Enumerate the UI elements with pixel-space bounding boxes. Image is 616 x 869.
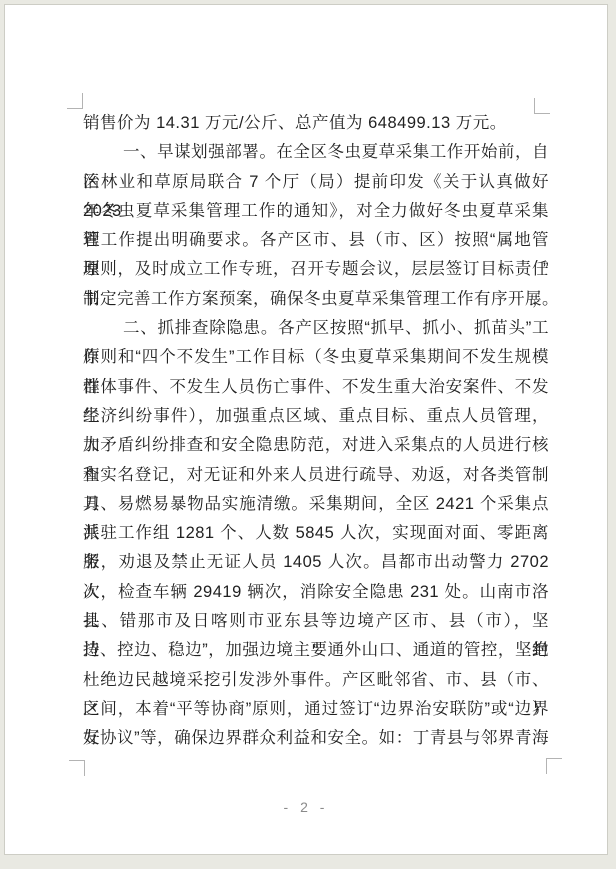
text-line: 年冬虫夏草采集管理工作的通知》，对全力做好冬虫夏草采集管 bbox=[83, 197, 549, 226]
document-page: 销售价为 14.31 万元/公斤、总产值为 648499.13 万元。一、早谋划… bbox=[4, 4, 608, 855]
text-line: 大矛盾纠纷排查和安全隐患防范，对进入采集点的人员进行核查 bbox=[83, 431, 549, 460]
text-line: 区林业和草原局联合 7 个厅（局）提前印发《关于认真做好 2023 bbox=[83, 168, 549, 197]
document-viewer-background: 销售价为 14.31 万元/公斤、总产值为 648499.13 万元。一、早谋划… bbox=[0, 0, 616, 869]
text-line: 之间，本着“平等协商”原则，通过签订“边界治安联防”或“边界友 bbox=[83, 695, 549, 724]
text-boundary-mark-bottom-right bbox=[546, 758, 562, 774]
text-line: 边、控边、稳边”，加强边境主要通外山口、通道的管控，坚绝 bbox=[83, 636, 549, 665]
text-line: 次，检查车辆 29419 辆次，消除安全隐患 231 处。山南市洛扎 bbox=[83, 578, 549, 607]
text-line: 具、易燃易暴物品实施清缴。采集期间，全区 2421 个采集点共 bbox=[83, 490, 549, 519]
text-line: 县、错那市及日喀则市亚东县等边境产区市、县（市），坚持“封 bbox=[83, 607, 549, 636]
text-line: 和实名登记，对无证和外来人员进行疏导、劝返，对各类管制刀 bbox=[83, 461, 549, 490]
text-line: 杜绝边民越境采挖引发涉外事件。产区毗邻省、市、县（市、区） bbox=[83, 666, 549, 695]
text-boundary-mark-top-left bbox=[67, 93, 83, 109]
page-number: - 2 - bbox=[5, 799, 607, 815]
text-line: 二、抓排查除隐患。各产区按照“抓早、抓小、抓苗头”工作 bbox=[83, 314, 549, 343]
text-line: 销售价为 14.31 万元/公斤、总产值为 648499.13 万元。 bbox=[83, 109, 549, 138]
text-line: 理工作提出明确要求。各产区市、县（市、区）按照“属地管理” bbox=[83, 226, 549, 255]
text-line: 好协议”等，确保边界群众利益和安全。如：丁青县与邻界青海 bbox=[83, 724, 549, 753]
text-line: 原则和“四个不发生”工作目标（冬虫夏草采集期间不发生规模性 bbox=[83, 343, 549, 372]
text-line: 派驻工作组 1281 个、人数 5845 人次，实现面对面、零距离服 bbox=[83, 519, 549, 548]
text-line: 一、早谋划强部署。在全区冬虫夏草采集工作开始前，自治 bbox=[83, 138, 549, 167]
text-line: 制定完善工作方案预案，确保冬虫夏草采集管理工作有序开展。 bbox=[83, 285, 549, 314]
text-line: 原则，及时成立工作专班，召开专题会议，层层签订目标责任书， bbox=[83, 255, 549, 284]
document-body-text: 销售价为 14.31 万元/公斤、总产值为 648499.13 万元。一、早谋划… bbox=[83, 109, 549, 754]
text-line: 群体事件、不发生人员伤亡事件、不发生重大治安案件、不发生 bbox=[83, 373, 549, 402]
text-line: 务，劝退及禁止无证人员 1405 人次。昌都市出动警力 2702 人 bbox=[83, 548, 549, 577]
text-boundary-mark-bottom-left bbox=[69, 760, 85, 776]
text-line: 经济纠纷事件），加强重点区域、重点目标、重点人员管理，加 bbox=[83, 402, 549, 431]
